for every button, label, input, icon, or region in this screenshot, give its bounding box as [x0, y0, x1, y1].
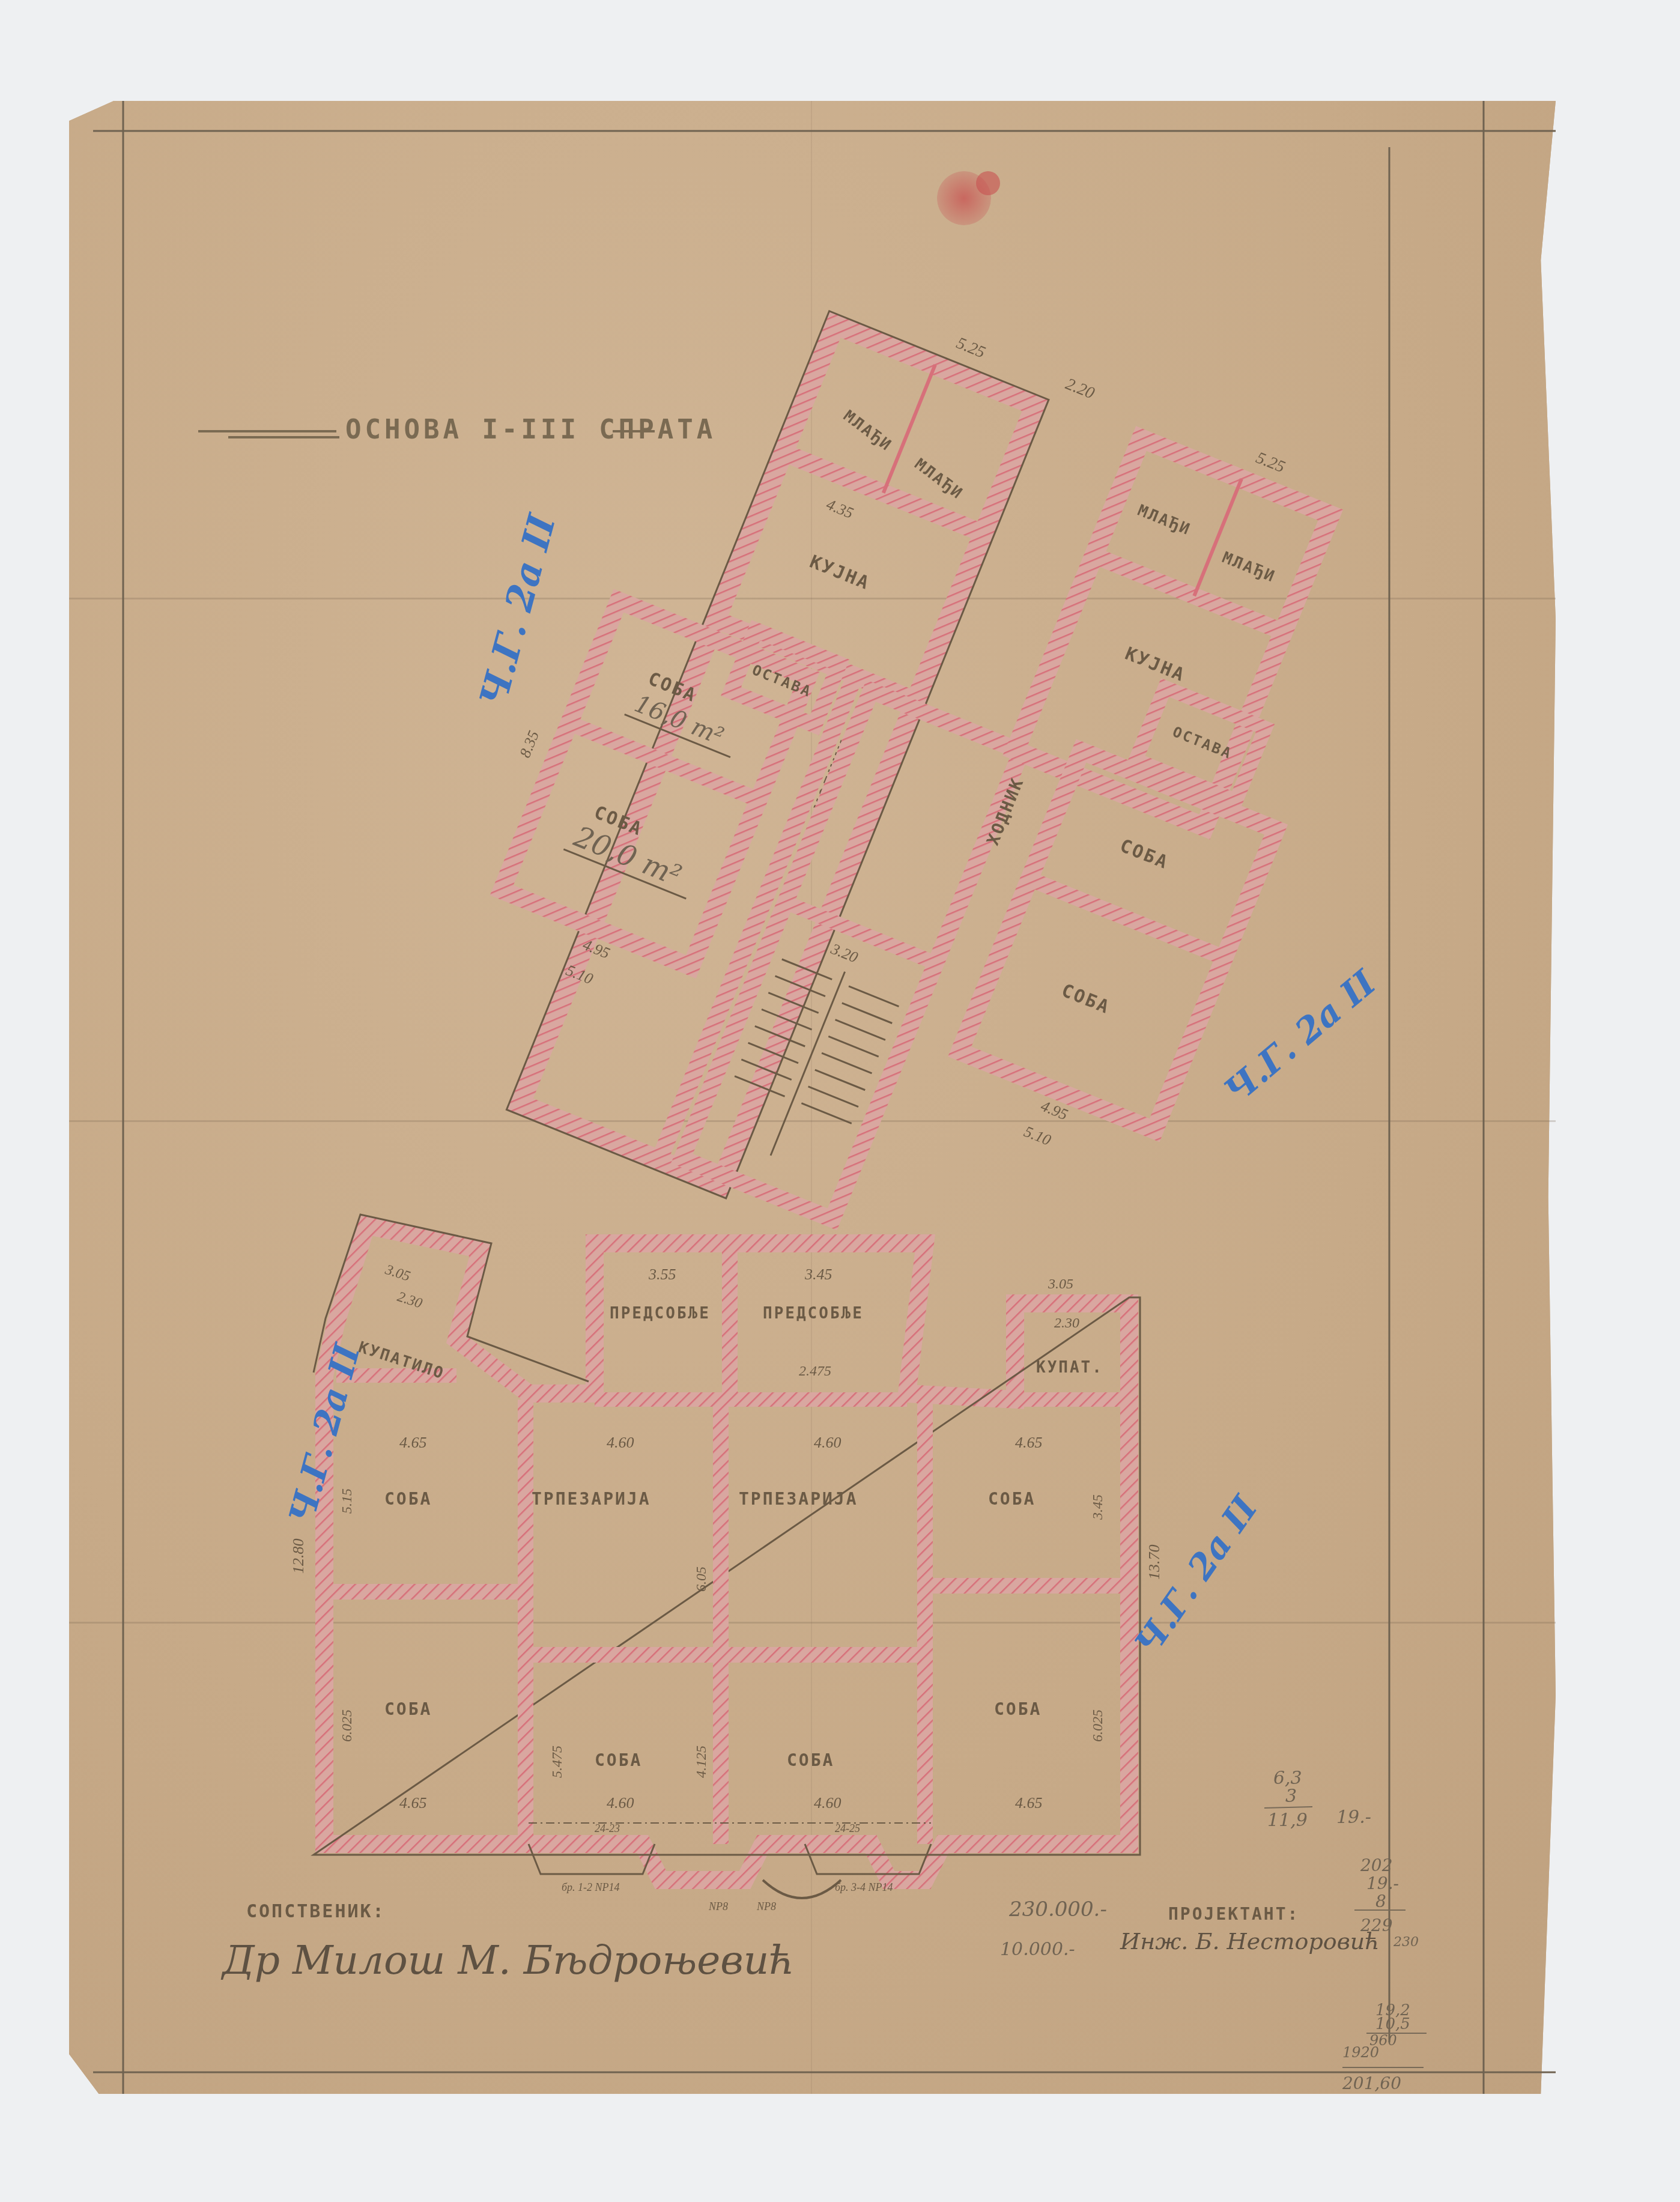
svg-text:СОБА: СОБА	[1117, 835, 1172, 873]
blue-pencil-note: Ч.Г. 2а II	[281, 1339, 368, 1528]
svg-text:4.65: 4.65	[399, 1794, 427, 1812]
svg-text:3: 3	[1285, 1786, 1297, 1807]
svg-text:4.65: 4.65	[1015, 1434, 1043, 1451]
svg-text:3.45: 3.45	[804, 1266, 832, 1283]
svg-text:NP8: NP8	[756, 1900, 776, 1912]
svg-text:1920: 1920	[1342, 2044, 1379, 2061]
svg-text:КУЈНА: КУЈНА	[807, 551, 873, 595]
blue-pencil-note: Ч.Г. 2а II	[1216, 962, 1384, 1112]
svg-text:3.05: 3.05	[1048, 1276, 1073, 1292]
svg-text:5.15: 5.15	[339, 1488, 355, 1514]
lower-floor: КУПАТИЛО КУПАТ. ПРЕДСОБЉЕ ПРЕДСОБЉЕ СОБА…	[290, 1215, 1163, 1912]
svg-text:8.35: 8.35	[516, 728, 542, 760]
svg-text:4.65: 4.65	[1015, 1794, 1043, 1812]
svg-text:2.475: 2.475	[799, 1363, 831, 1379]
svg-text:ОСТАВА: ОСТАВА	[1170, 723, 1235, 762]
svg-text:NP8: NP8	[708, 1900, 728, 1912]
svg-text:СОБА: СОБА	[595, 1750, 642, 1770]
svg-text:3.20: 3.20	[828, 939, 860, 966]
svg-text:ТРПЕЗАРИЈА: ТРПЕЗАРИЈА	[739, 1489, 858, 1509]
svg-text:19.-: 19.-	[1336, 1807, 1371, 1828]
svg-text:4.60: 4.60	[814, 1794, 842, 1812]
svg-text:ПРЕДСОБЉЕ: ПРЕДСОБЉЕ	[610, 1305, 711, 1323]
owner-label: СОПСТВЕНИК:	[246, 1901, 386, 1922]
svg-text:СОБА: СОБА	[787, 1750, 834, 1770]
floor-plan: МЛАЂИ МЛАЂИ КУЈНА 5.25 4.35 ХОДНИК СОБА …	[0, 0, 1680, 2202]
svg-text:24-25: 24-25	[835, 1822, 860, 1834]
svg-text:СОБА: СОБА	[1058, 980, 1113, 1019]
svg-text:12.80: 12.80	[290, 1539, 307, 1574]
svg-text:бр. 1-2 NP14: бр. 1-2 NP14	[562, 1881, 620, 1893]
svg-text:СОБА: СОБА	[384, 1489, 432, 1509]
svg-text:СОБА: СОБА	[384, 1699, 432, 1719]
svg-text:МЛАЂИ: МЛАЂИ	[1219, 548, 1278, 586]
svg-text:МЛАЂИ: МЛАЂИ	[840, 407, 896, 455]
svg-text:4.125: 4.125	[694, 1746, 709, 1778]
svg-text:СОБА: СОБА	[988, 1489, 1036, 1509]
svg-text:10,5: 10,5	[1375, 2015, 1410, 2033]
svg-text:4.60: 4.60	[607, 1794, 634, 1812]
svg-text:2.30: 2.30	[395, 1289, 424, 1312]
svg-text:ПРЕДСОБЉЕ: ПРЕДСОБЉЕ	[763, 1305, 864, 1323]
svg-text:10.000.-: 10.000.-	[1000, 1939, 1075, 1960]
svg-text:МЛАЂИ: МЛАЂИ	[1135, 502, 1194, 539]
svg-text:СОБА: СОБА	[994, 1699, 1042, 1719]
svg-text:4.60: 4.60	[814, 1434, 842, 1451]
svg-text:5.10: 5.10	[1022, 1123, 1054, 1149]
svg-text:6.05: 6.05	[694, 1567, 709, 1592]
designer-signature: Инж. Б. Несторовић	[1120, 1928, 1380, 1955]
svg-text:24-23: 24-23	[595, 1822, 620, 1834]
svg-text:КУЈНА: КУЈНА	[1122, 643, 1189, 687]
svg-text:2.20: 2.20	[1063, 375, 1097, 403]
svg-text:201,60: 201,60	[1342, 2073, 1401, 2093]
svg-text:6.025: 6.025	[1090, 1709, 1106, 1742]
svg-text:5.475: 5.475	[550, 1746, 565, 1778]
svg-text:МЛАЂИ: МЛАЂИ	[911, 455, 967, 503]
svg-text:5.25: 5.25	[954, 334, 988, 362]
blue-pencil-note: Ч.Г. 2а II	[471, 509, 565, 711]
svg-text:230: 230	[1393, 1935, 1419, 1950]
svg-text:3.45: 3.45	[1090, 1494, 1106, 1520]
svg-text:5.25: 5.25	[1254, 448, 1288, 476]
svg-text:6.025: 6.025	[339, 1709, 355, 1742]
svg-text:ТРПЕЗАРИЈА: ТРПЕЗАРИЈА	[532, 1489, 651, 1509]
svg-text:4.65: 4.65	[399, 1434, 427, 1451]
owner-signature: Др Милош М. Бѣдроњевић	[222, 1937, 795, 1983]
svg-text:4.60: 4.60	[607, 1434, 634, 1451]
designer-label: ПРОЈЕКТАНТ:	[1168, 1904, 1299, 1924]
svg-text:4.35: 4.35	[824, 496, 856, 522]
svg-text:13.70: 13.70	[1145, 1545, 1163, 1580]
svg-text:19.-: 19.-	[1366, 1873, 1399, 1893]
svg-text:8: 8	[1375, 1891, 1386, 1911]
svg-text:3.55: 3.55	[648, 1266, 676, 1283]
svg-text:3.05: 3.05	[383, 1262, 412, 1285]
svg-text:2.30: 2.30	[1054, 1315, 1079, 1331]
svg-text:бр. 3-4 NP14: бр. 3-4 NP14	[835, 1881, 893, 1893]
svg-text:11,9: 11,9	[1267, 1810, 1308, 1831]
svg-text:КУПАТ.: КУПАТ.	[1036, 1359, 1103, 1377]
svg-text:202: 202	[1360, 1855, 1392, 1875]
svg-text:230.000.-: 230.000.-	[1008, 1897, 1107, 1921]
